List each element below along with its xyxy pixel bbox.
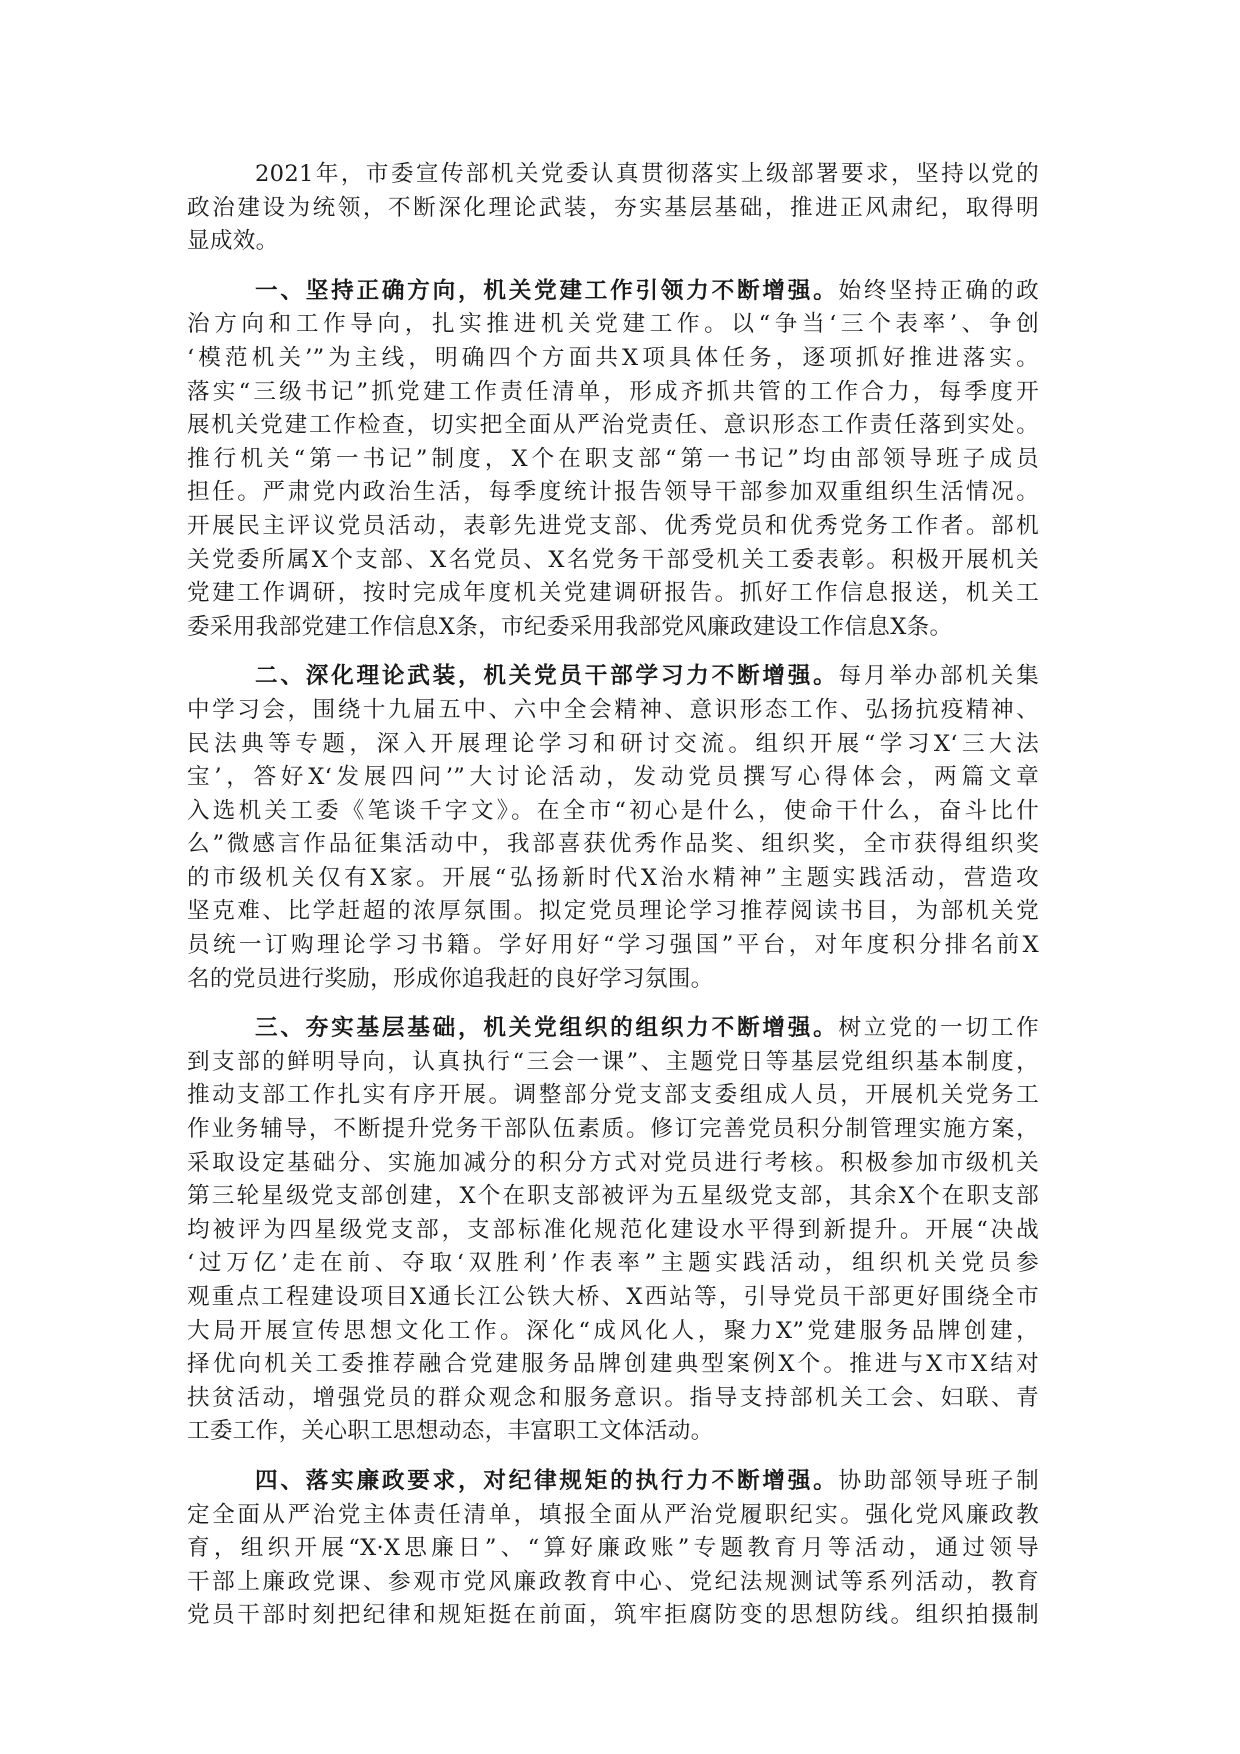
text-line: 委采用我部党建工作信息X条，市纪委采用我部党风廉政建设工作信息X条。 [187,611,1039,645]
section-4-paragraph: 四、落实廉政要求，对纪律规矩的执行力不断增强。协助部领导班子制 定全面从严治党主… [187,1465,1039,1633]
text-line: 作业务辅导，不断提升党务干部队伍素质。修订完善党员积分制管理实施方案， [187,1113,1039,1147]
text-line: 推行机关“第一书记”制度，X个在职支部“第一书记”均由部领导班子成员 [187,443,1039,477]
text-line: 入选机关工委《笔谈千字文》。在全市“初心是什么，使命干什么，奋斗比什 [187,795,1039,829]
text-line: 党建工作调研，按时完成年度机关党建调研报告。抓好工作信息报送，机关工 [187,577,1039,611]
text-line: 育，组织开展“X·X思廉日”、“算好廉政账”专题教育月等活动，通过领导 [187,1532,1039,1566]
section-2-paragraph: 二、深化理论武装，机关党员干部学习力不断增强。每月举办部机关集 中学习会，围绕十… [187,660,1039,996]
heading-trailing-text: 树立党的一切工作 [839,1015,1039,1041]
section-heading: 一、坚持正确方向，机关党建工作引领力不断增强。 [255,278,839,304]
text-line: 员统一订购理论学习书籍。学好用好“学习强国”平台，对年度积分排名前X [187,929,1039,963]
text-line: 展机关党建工作检查，切实把全面从严治党责任、意识形态工作责任落到实处。 [187,409,1039,443]
text-line: 坚克难、比学赶超的浓厚氛围。拟定党员理论学习推荐阅读书目，为部机关党 [187,895,1039,929]
text-line: 政治建设为统领，不断深化理论武装，夯实基层基础，推进正风肃纪，取得明 [187,192,1039,226]
text-line: 干部上廉政党课、参观市党风廉政教育中心、党纪法规测试等系列活动，教育 [187,1566,1039,1600]
text-line: 大局开展宣传思想文化工作。深化“成风化人，聚力X”党建服务品牌创建， [187,1315,1039,1349]
heading-trailing-text: 协助部领导班子制 [839,1468,1039,1494]
text-line: 工委工作，关心职工思想动态，丰富职工文体活动。 [187,1415,1039,1449]
text-line: 治方向和工作导向，扎实推进机关党建工作。以“争当‘三个表率’、争创 [187,308,1039,342]
section-heading: 二、深化理论武装，机关党员干部学习力不断增强。 [255,663,839,689]
text-line: ‘模范机关’”为主线，明确四个方面共X项具体任务，逐项抓好推进落实。 [187,342,1039,376]
section-1-paragraph: 一、坚持正确方向，机关党建工作引领力不断增强。始终坚持正确的政 治方向和工作导向… [187,275,1039,645]
text-line: 择优向机关工委推荐融合党建服务品牌创建典型案例X个。推进与X市X结对 [187,1348,1039,1382]
text-line: 扶贫活动，增强党员的群众观念和服务意识。指导支持部机关工会、妇联、青 [187,1382,1039,1416]
text-line: 担任。严肃党内政治生活，每季度统计报告领导干部参加双重组织生活情况。 [187,476,1039,510]
text-line: 2021年，市委宣传部机关党委认真贯彻落实上级部署要求，坚持以党的 [187,158,1039,192]
text-line: 三、夯实基层基础，机关党组织的组织力不断增强。树立党的一切工作 [187,1012,1039,1046]
text-line: 关党委所属X个支部、X名党员、X名党务干部受机关工委表彰。积极开展机关 [187,544,1039,578]
text-line: 第三轮星级党支部创建，X个在职支部被评为五星级党支部，其余X个在职支部 [187,1180,1039,1214]
section-heading: 四、落实廉政要求，对纪律规矩的执行力不断增强。 [255,1468,839,1494]
text-line: 显成效。 [187,225,1039,259]
text-line: 么”微感言作品征集活动中，我部喜获优秀作品奖、组织奖，全市获得组织奖 [187,828,1039,862]
text-line: 落实“三级书记”抓党建工作责任清单，形成齐抓共管的工作合力，每季度开 [187,376,1039,410]
text-line: 宝’，答好X‘发展四问’”大讨论活动，发动党员撰写心得体会，两篇文章 [187,761,1039,795]
text-line: 中学习会，围绕十九届五中、六中全会精神、意识形态工作、弘扬抗疫精神、 [187,694,1039,728]
text-line: ‘过万亿’走在前、夺取‘双胜利’作表率”主题实践活动，组织机关党员参 [187,1247,1039,1281]
text-line: 党员干部时刻把纪律和规矩挺在前面，筑牢拒腐防变的思想防线。组织拍摄制 [187,1599,1039,1633]
text-line: 定全面从严治党主体责任清单，填报全面从严治党履职纪实。强化党风廉政教 [187,1499,1039,1533]
heading-trailing-text: 每月举办部机关集 [839,663,1039,689]
text-line: 推动支部工作扎实有序开展。调整部分党支部支委组成人员，开展机关党务工 [187,1079,1039,1113]
text-line: 民法典等专题，深入开展理论学习和研讨交流。组织开展“学习X‘三大法 [187,728,1039,762]
text-line: 开展民主评议党员活动，表彰先进党支部、优秀党员和优秀党务工作者。部机 [187,510,1039,544]
section-3-paragraph: 三、夯实基层基础，机关党组织的组织力不断增强。树立党的一切工作 到支部的鲜明导向… [187,1012,1039,1449]
text-line: 名的党员进行奖励，形成你追我赶的良好学习氛围。 [187,963,1039,997]
intro-paragraph: 2021年，市委宣传部机关党委认真贯彻落实上级部署要求，坚持以党的 政治建设为统… [187,158,1039,259]
section-heading: 三、夯实基层基础，机关党组织的组织力不断增强。 [255,1015,839,1041]
text-line: 观重点工程建设项目X通长江公铁大桥、X西站等，引导党员干部更好围绕全市 [187,1281,1039,1315]
text-line: 均被评为四星级党支部，支部标准化规范化建设水平得到新提升。开展“决战 [187,1214,1039,1248]
text-line: 采取设定基础分、实施加减分的积分方式对党员进行考核。积极参加市级机关 [187,1147,1039,1181]
text-line: 二、深化理论武装，机关党员干部学习力不断增强。每月举办部机关集 [187,660,1039,694]
text-line: 四、落实廉政要求，对纪律规矩的执行力不断增强。协助部领导班子制 [187,1465,1039,1499]
text-line: 一、坚持正确方向，机关党建工作引领力不断增强。始终坚持正确的政 [187,275,1039,309]
document-page: 2021年，市委宣传部机关党委认真贯彻落实上级部署要求，坚持以党的 政治建设为统… [187,158,1039,1649]
text-line: 的市级机关仅有X家。开展“弘扬新时代X治水精神”主题实践活动，营造攻 [187,862,1039,896]
heading-trailing-text: 始终坚持正确的政 [839,278,1039,304]
text-line: 到支部的鲜明导向，认真执行“三会一课”、主题党日等基层党组织基本制度， [187,1046,1039,1080]
